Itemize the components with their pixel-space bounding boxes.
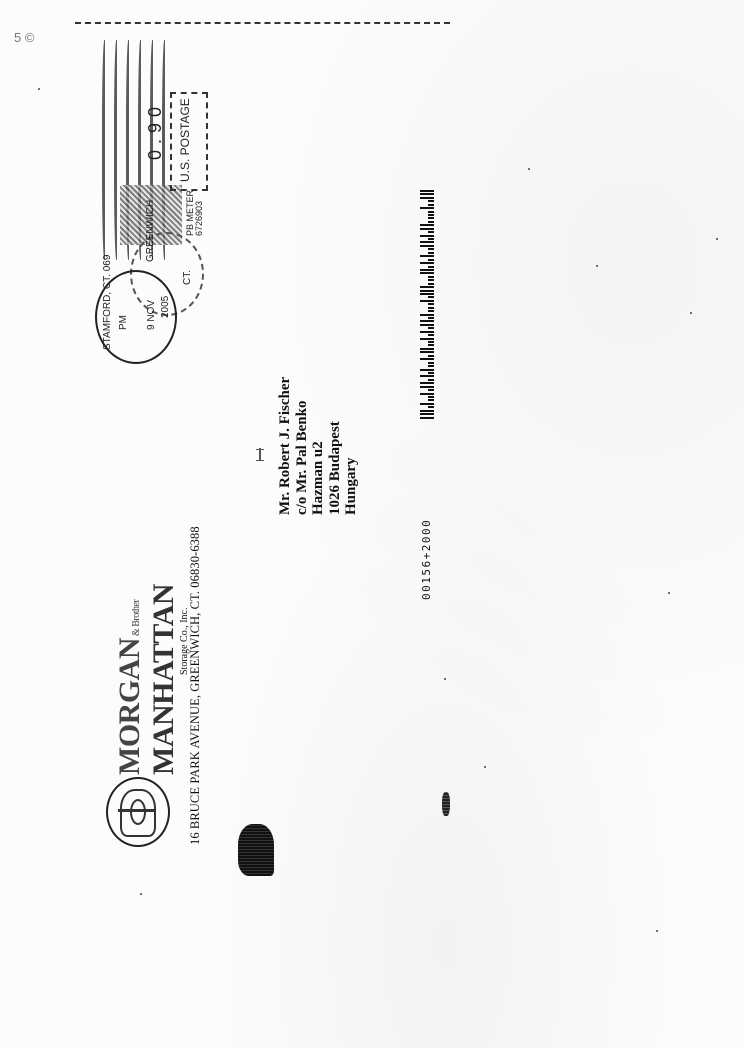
speck bbox=[140, 893, 142, 895]
barcode-bar bbox=[420, 386, 434, 388]
barcode-bar bbox=[420, 338, 434, 340]
barcode-bar bbox=[420, 286, 434, 288]
barcode-bar bbox=[428, 399, 434, 401]
barcode-bar bbox=[420, 351, 434, 353]
barcode-bar bbox=[420, 300, 434, 302]
barcode-bar bbox=[420, 235, 434, 237]
barcode-bar bbox=[420, 314, 434, 316]
barcode-bar bbox=[420, 375, 434, 377]
barcode-bar bbox=[428, 372, 434, 374]
speck bbox=[668, 592, 670, 594]
address-line: Mr. Robert J. Fischer bbox=[277, 377, 294, 515]
speck bbox=[484, 766, 486, 768]
barcode-bar bbox=[428, 238, 434, 240]
barcode-bar bbox=[428, 214, 434, 216]
postnet-barcode bbox=[418, 190, 434, 420]
barcode-bar bbox=[420, 417, 434, 419]
barcode-bar bbox=[428, 365, 434, 367]
barcode-bar bbox=[428, 379, 434, 381]
speck bbox=[38, 88, 40, 90]
barcode-bar bbox=[420, 320, 434, 322]
barcode-bar bbox=[420, 193, 434, 195]
barcode-bar bbox=[428, 266, 434, 268]
barcode-bar bbox=[420, 197, 434, 199]
barcode-bar bbox=[428, 231, 434, 233]
sender-company-name: MORGAN& Brother MANHATTAN Storage Co., I… bbox=[116, 584, 190, 775]
barcode-bar bbox=[420, 358, 434, 360]
barcode-bar bbox=[428, 248, 434, 250]
barcode-bar bbox=[428, 200, 434, 202]
barcode-bar bbox=[428, 279, 434, 281]
corner-mark: 5 © bbox=[14, 30, 34, 45]
barcode-bar bbox=[420, 413, 434, 415]
barcode-bar bbox=[428, 307, 434, 309]
barcode-bar bbox=[420, 403, 434, 405]
company-logo bbox=[106, 777, 170, 847]
barcode-bar bbox=[420, 393, 434, 395]
postmark-year: 2005 bbox=[160, 296, 171, 318]
barcode-bar bbox=[420, 224, 434, 226]
barcode-bar bbox=[420, 369, 434, 371]
postmark-date: 9 NOV bbox=[146, 300, 157, 330]
barcode-bar bbox=[420, 245, 434, 247]
barcode-bar bbox=[420, 410, 434, 412]
logo-emblem-icon bbox=[120, 789, 156, 837]
barcode-bar bbox=[428, 211, 434, 213]
speck bbox=[596, 265, 598, 267]
barcode-bar bbox=[420, 290, 434, 292]
barcode-bar bbox=[420, 269, 434, 271]
barcode-bar bbox=[428, 362, 434, 364]
barcode-bar bbox=[428, 396, 434, 398]
barcode-bar bbox=[428, 296, 434, 298]
barcode-bar bbox=[420, 190, 434, 192]
barcode-bar bbox=[428, 259, 434, 261]
barcode-bar bbox=[420, 255, 434, 257]
speck bbox=[444, 678, 446, 680]
barcode-bar bbox=[428, 221, 434, 223]
ink-smudge bbox=[442, 792, 450, 816]
speck bbox=[528, 168, 530, 170]
meter-id: PB METER 6726903 bbox=[186, 190, 204, 236]
barcode-bar bbox=[420, 241, 434, 243]
barcode-bar bbox=[428, 252, 434, 254]
postmark2-city: GREENWICH bbox=[145, 200, 156, 262]
scanned-envelope: 5 © U.S. POSTAGE 0.90 PB METER 6726903 S… bbox=[0, 0, 744, 1048]
barcode-bar bbox=[428, 341, 434, 343]
barcode-bar bbox=[420, 324, 434, 326]
envelope-top-edge bbox=[75, 22, 450, 24]
barcode-bar bbox=[420, 382, 434, 384]
address-line: Hungary bbox=[343, 377, 360, 515]
postmark2-state: CT. bbox=[182, 270, 193, 285]
sender-address: 16 BRUCE PARK AVENUE, GREENWICH, CT. 068… bbox=[188, 526, 203, 845]
speck bbox=[690, 312, 692, 314]
barcode-bar bbox=[428, 344, 434, 346]
barcode-bar bbox=[428, 327, 434, 329]
barcode-bar bbox=[428, 217, 434, 219]
barcode-bar bbox=[428, 276, 434, 278]
barcode-bar bbox=[420, 293, 434, 295]
barcode-bar bbox=[428, 317, 434, 319]
barcode-bar bbox=[420, 228, 434, 230]
barcode-bar bbox=[420, 331, 434, 333]
postage-label: U.S. POSTAGE bbox=[178, 98, 192, 182]
address-line: Hazman u2 bbox=[310, 377, 327, 515]
barcode-bar bbox=[420, 348, 434, 350]
ink-blot bbox=[238, 824, 274, 876]
barcode-bar bbox=[428, 389, 434, 391]
speck bbox=[716, 238, 718, 240]
barcode-bar bbox=[428, 204, 434, 206]
barcode-bar bbox=[428, 334, 434, 336]
speck bbox=[656, 930, 658, 932]
small-ink-mark bbox=[256, 449, 264, 461]
recipient-address: Mr. Robert J. Fischer c/o Mr. Pal Benko … bbox=[277, 377, 360, 515]
barcode-bar bbox=[428, 355, 434, 357]
postage-amount: 0.90 bbox=[145, 101, 166, 160]
postmark-time: PM bbox=[118, 315, 129, 330]
barcode-bar bbox=[428, 310, 434, 312]
barcode-bar bbox=[420, 272, 434, 274]
barcode-bar bbox=[428, 406, 434, 408]
barcode-bar bbox=[428, 283, 434, 285]
barcode-zip-text: 00156+2000 bbox=[420, 519, 433, 600]
barcode-bar bbox=[428, 303, 434, 305]
postmark-city: STAMFORD, CT. 069 bbox=[102, 255, 113, 350]
address-line: c/o Mr. Pal Benko bbox=[294, 377, 311, 515]
barcode-bar bbox=[420, 262, 434, 264]
address-line: 1026 Budapest bbox=[327, 377, 344, 515]
barcode-bar bbox=[420, 207, 434, 209]
